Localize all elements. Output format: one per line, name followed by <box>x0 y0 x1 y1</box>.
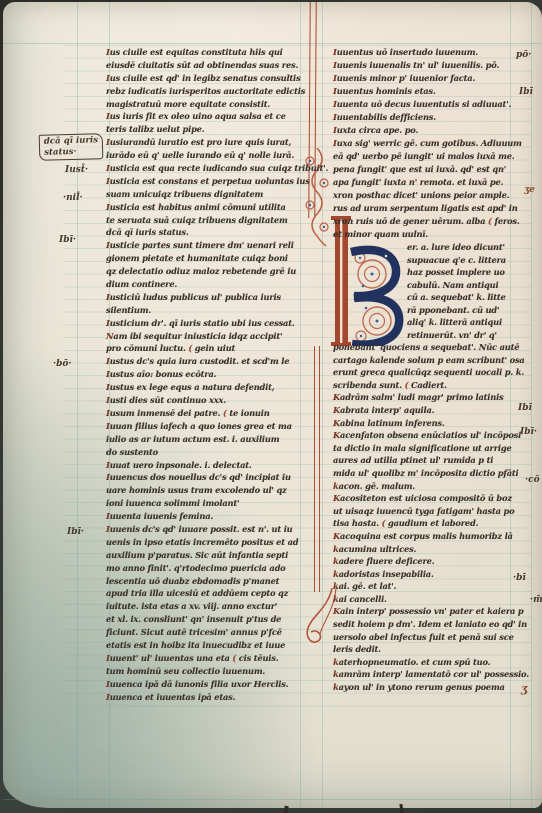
text-line: Ius ciuile est equitas constituta hiis q… <box>106 46 326 59</box>
text-line: Iusticiū ludus publicus ul' publica iuri… <box>106 291 326 304</box>
right-margin-note: ·cō <box>525 475 540 485</box>
text-line: iurādo eū q' uelle iurando eū q' nolle i… <box>106 149 326 162</box>
text-line: leris dedit. <box>333 643 515 656</box>
text-line: Iusticia est habitus animi cōmuni utilit… <box>106 201 326 214</box>
text-line: uare hominis usus tram excolendo ul' qz <box>106 484 326 497</box>
text-line: silentium. <box>106 304 326 317</box>
text-line: erunt greca qualicūqz sequenti uocali p.… <box>333 366 515 379</box>
text-line: cū a. sequebat' k. litte <box>407 291 515 304</box>
text-line: Iustus ex lege equs a natura defendit, <box>106 381 326 394</box>
text-line: Iuuenca ipā dā iunonis filia uxor Hercli… <box>106 678 326 691</box>
left-column-lines: Ius ciuile est equitas constituta hiis q… <box>106 46 326 703</box>
text-line: ioni iuuenca solimmi imolant' <box>106 497 326 510</box>
text-line: Nam ibi sequitur iniusticia idqz accipit… <box>106 330 326 343</box>
text-line: Iusticia est constans et perpetua uolunt… <box>106 175 326 188</box>
text-line: mo anno finit'. q'rtodecimo puericia ado <box>106 562 326 575</box>
text-line: ponebant' quociens a sequebat'. Nūc autē <box>333 341 515 354</box>
text-line: Kacenfaton obsena enūciatios ul' incōpos… <box>333 429 515 442</box>
text-line: Iuuentus hominis etas. <box>333 85 515 98</box>
text-line: pena fungit' que est ui iuxā. qd' est qn… <box>333 163 515 176</box>
right-margin-note: Ibī <box>519 87 533 97</box>
text-line: Iuxa sig' werric gē. cum gotibus. Adiuuu… <box>333 137 515 150</box>
text-line: kamrām interp' lamentatō cor ul' possess… <box>333 668 515 681</box>
text-line: Ius ciuile est qd' in legibz senatus con… <box>106 72 326 85</box>
text-line: eiusdē ciuitatis sūt ad obtinendas suas … <box>106 59 326 72</box>
left-margin-note: Ibī· <box>59 235 76 245</box>
text-line: Iuuencus dos nouellus dc's qd' incipiat … <box>106 471 326 484</box>
text-line: Iuuentus uō insertudo iuuenum. <box>333 46 515 59</box>
right-margin-note: Ibī <box>518 403 532 413</box>
text-line: kacon. gē. malum. <box>333 480 515 493</box>
text-line: Kabina latinum inferens. <box>333 417 515 430</box>
text-line: Kacositeton est uiciosa compositō ū boz <box>333 492 515 505</box>
boxed-margin-note-line2: status· <box>44 146 98 158</box>
right-column-bottom-lines: ponebant' quociens a sequebat'. Nūc autē… <box>333 341 515 694</box>
text-line: te seruata suā cuiqz tribuens dignitatem <box>106 214 326 227</box>
text-line: Iusti dies sūt continuo xxx. <box>106 394 326 407</box>
text-line: Iuuenis iuuenalis tn' ul' iuuenilis. pō. <box>333 59 515 72</box>
text-line: kayon ul' in ytono rerum genus poema <box>333 681 515 694</box>
text-line: qz delectatio odiuz maloz rebetende grē … <box>106 265 326 278</box>
right-text-column: Iuuentus uō insertudo iuuenum.Iuuenis iu… <box>333 46 515 694</box>
binding-speck <box>399 804 403 813</box>
text-line: Kain interp' possessio vn' pater et kaie… <box>333 605 515 618</box>
text-line: cartago kalende solum p eam scribunt' os… <box>333 354 515 367</box>
text-line: Iusticie partes sunt timere dm' uenari r… <box>106 239 326 252</box>
right-margin-note: ·bī <box>513 573 526 583</box>
text-line: teris talibz uelut pipe. <box>106 123 326 136</box>
text-line: Iuuat uero inpsonale. i. delectat. <box>106 459 326 472</box>
text-line: iuitute. ista etas a xv. viij. anno exct… <box>106 600 326 613</box>
text-line: Kadrām salm' ludi magr' primo latinis <box>333 391 515 404</box>
text-line: kadoristas insepabilia. <box>333 568 515 581</box>
text-line: Kabrata interp' aquila. <box>333 404 515 417</box>
text-line: Iuuenta uō decus iuuentutis si adiuuat'. <box>333 98 515 111</box>
text-line: Kacoquina est corpus malis humoribz lā <box>333 530 515 543</box>
text-line: auxilium p'paratus. Sic aūt infantia sep… <box>106 549 326 562</box>
horizontal-ruling-line <box>3 799 542 800</box>
text-line: katerhopneumatio. et cum spū tuo. <box>333 656 515 669</box>
text-line: et minor quam uulnī. <box>333 228 515 241</box>
text-line: aures ad utilia ptinet ul' rumida p ti <box>333 454 515 467</box>
text-line: Iuuenis minor p' iuuenior facta. <box>333 72 515 85</box>
right-margin-note: ·m̄ <box>530 595 542 605</box>
left-margin-note: ·nil̄· <box>63 193 83 203</box>
text-line: rā pponebant. cū ud' <box>407 304 515 317</box>
text-line: Iuuenca et iuuentas ipā etas. <box>106 691 326 704</box>
text-line: Iuxta circa ape. po. <box>333 124 515 137</box>
text-line: Iustus dc's quia iura custodit. et scd'm… <box>106 355 326 368</box>
boxed-margin-note-line1: dcā qī iuris <box>44 135 98 147</box>
text-line: er. a. lure ideo dicunt' <box>407 241 515 254</box>
text-line: Iusum inmensē dei patre. ( te ionuin <box>106 407 326 420</box>
text-line: kadere fluere deficere. <box>333 555 515 568</box>
text-line: xron posthac dicet' unions peior ample. <box>333 189 515 202</box>
manuscript-page: Ius ciuile est equitas constituta hiis q… <box>3 2 542 808</box>
text-line: dium continere. <box>106 278 326 291</box>
text-line: scribenda sunt. ( Cadiert. <box>333 379 515 392</box>
left-margin-note: Ibī· <box>67 527 84 537</box>
text-line: mida ul' quolibz m' incōposita dictio pf… <box>333 467 515 480</box>
text-line: Iuuent' ul' iuuentas una eta ( cis tēuis… <box>106 652 326 665</box>
text-line: pro cōmuni luctu. ( gein uiut <box>106 342 326 355</box>
text-line: ficiunt. Sicut autē tricesim' annus p'fc… <box>106 626 326 639</box>
text-line: Iuuentabilis defficiens. <box>333 111 515 124</box>
end-flourish-mark: ʒ <box>521 682 527 695</box>
text-line: xron ruis uō de gener uērum. alba ( fero… <box>333 215 515 228</box>
text-line: aliq' k. litterā antiqui <box>407 316 515 329</box>
text-line: magistratuū more equitate consistit. <box>106 98 326 111</box>
text-line: gionem pietate et humanitate cuiqz boni <box>106 252 326 265</box>
text-line: cabulū. Nam antiqui <box>407 279 515 292</box>
left-margin-note: ·bō· <box>53 359 72 369</box>
right-margin-note: Ibī· <box>520 427 537 437</box>
text-line: Ius iuris fit ex oleo uino aqua salsa et… <box>106 110 326 123</box>
horizontal-ruling-line <box>3 43 542 44</box>
text-line: rebz iudicatis iurisperitos auctoritate … <box>106 85 326 98</box>
text-line: retinuerūt. vn' dr' q' <box>407 329 515 342</box>
text-line: tisa hasta. ( gaudium et labored. <box>333 517 515 530</box>
text-line: suam unicuiqz tribuens dignitatem <box>106 188 326 201</box>
text-line: uersolo abel infectus fuit et penā sui s… <box>333 631 515 644</box>
text-line: sedit hoiem p dm'. Idem et laniato eo qd… <box>333 618 515 631</box>
text-line: apa fungit' iuxta n' remota. et iuxā pe. <box>333 176 515 189</box>
text-line: haz posset implere uo <box>407 266 515 279</box>
text-line: eā qd' uerbo pē iungit' ui malos iuxā me… <box>333 150 515 163</box>
text-line: kai. gē. et lat'. <box>333 580 515 593</box>
text-line: rus ad uram serpentum ligatis est apd' i… <box>333 202 515 215</box>
text-line: Iuuan filius iafech a quo iones grea et … <box>106 420 326 433</box>
right-column-lines-beside-initial: er. a. lure ideo dicunt'supuacue q'e c. … <box>407 241 515 341</box>
right-column-top-lines: Iuuentus uō insertudo iuuenum.Iuuenis iu… <box>333 46 515 241</box>
text-line: tum hominū seu collectio iuuenum. <box>106 665 326 678</box>
right-margin-note: pō· <box>516 50 531 60</box>
vertical-ruling-line <box>77 2 78 808</box>
text-line: do sustento <box>106 446 326 459</box>
text-line: Iusticia est qua recte iudicando sua cui… <box>106 162 326 175</box>
text-line: uenis in ipso etatis incremēto positus e… <box>106 536 326 549</box>
text-line: iulio as ar iutum actum est. i. auxilium <box>106 433 326 446</box>
text-line: ut uisaqz iuuencū tyga fatigam' hasta po <box>333 505 515 518</box>
right-margin-note: ʒe <box>524 185 535 195</box>
text-line: Iuuenis dc's qd' iuuare possit. est n'. … <box>106 523 326 536</box>
text-line: supuacue q'e c. littera <box>407 254 515 267</box>
text-line: Iusiurandū iuratio est pro iure quis iur… <box>106 136 326 149</box>
text-line: apud tria illa uicesiū et addūem cepto q… <box>106 587 326 600</box>
photo-background: Ius ciuile est equitas constituta hiis q… <box>0 0 542 813</box>
text-line: kai cancelli. <box>333 593 515 606</box>
boxed-margin-note: dcā qī iuris status· <box>39 133 104 161</box>
binding-speck <box>283 806 289 813</box>
text-line: Iustus aīo: bonus ecōtra. <box>106 368 326 381</box>
text-line: ta dictio in mala significatione ut arri… <box>333 442 515 455</box>
left-margin-note: Iust̄· <box>65 165 88 175</box>
text-line: lescentia uō duabz ebdomadis p'manet <box>106 575 326 588</box>
text-line: kacumina ultrices. <box>333 543 515 556</box>
text-line: et xl. ix. consliunt' qn' insenuit p'tus… <box>106 613 326 626</box>
left-text-column: Ius ciuile est equitas constituta hiis q… <box>106 46 326 703</box>
text-line: Iuuenta iuuenis femina. <box>106 510 326 523</box>
text-line: Iusticium dr'. qī iuris statio ubi ius c… <box>106 317 326 330</box>
text-line: dcā qī iuris status. <box>106 226 326 239</box>
text-line: etatis est in hoibz ita inuecudibz et iu… <box>106 639 326 652</box>
